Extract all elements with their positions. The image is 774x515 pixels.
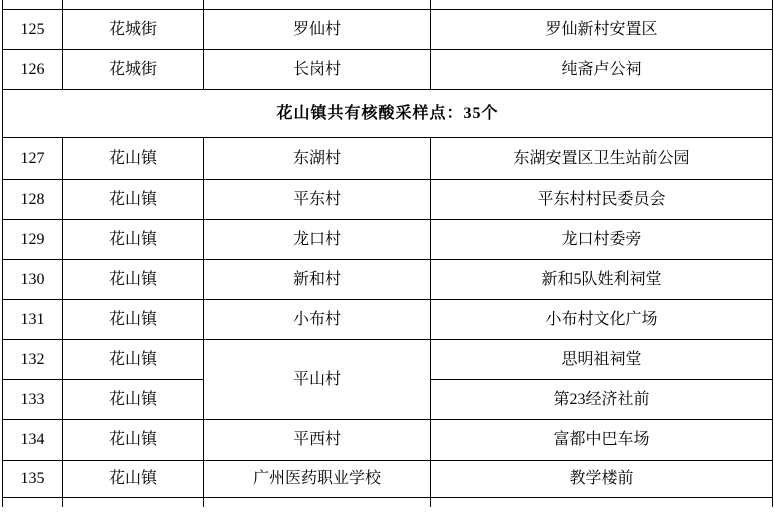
village-cell: 长岗村 xyxy=(204,50,431,90)
site-cell: 平东村村民委员会 xyxy=(431,180,773,220)
site-cell xyxy=(431,498,773,508)
village-cell xyxy=(204,0,431,10)
site-cell: 纯斋卢公祠 xyxy=(431,50,773,90)
site-cell: 富都中巴车场 xyxy=(431,420,773,461)
serial-cell: 130 xyxy=(3,260,63,300)
village-cell: 罗仙村 xyxy=(204,10,431,50)
town-cell: 花山镇 xyxy=(63,180,204,220)
site-cell: 第23经济社前 xyxy=(431,380,773,420)
site-cell: 罗仙新村安置区 xyxy=(431,10,773,50)
town-cell xyxy=(63,0,204,10)
serial-cell xyxy=(3,498,63,508)
site-cell: 龙口村委旁 xyxy=(431,220,773,260)
table-row: 135 花山镇 广州医药职业学校 教学楼前 xyxy=(3,461,773,498)
town-cell: 花山镇 xyxy=(63,138,204,180)
village-cell xyxy=(204,498,431,508)
village-cell: 东湖村 xyxy=(204,138,431,180)
serial-cell: 132 xyxy=(3,340,63,380)
village-cell-merged: 平山村 xyxy=(204,340,431,420)
table-row: 130 花山镇 新和村 新和5队姓利祠堂 xyxy=(3,260,773,300)
table-row: 126 花城街 长岗村 纯斋卢公祠 xyxy=(3,50,773,90)
serial-cell: 129 xyxy=(3,220,63,260)
table-row: 134 花山镇 平西村 富都中巴车场 xyxy=(3,420,773,461)
village-cell: 小布村 xyxy=(204,300,431,340)
town-cell: 花山镇 xyxy=(63,420,204,461)
serial-cell: 125 xyxy=(3,10,63,50)
town-cell: 花山镇 xyxy=(63,461,204,498)
site-cell: 东湖安置区卫生站前公园 xyxy=(431,138,773,180)
table-row: 129 花山镇 龙口村 龙口村委旁 xyxy=(3,220,773,260)
table-row: 127 花山镇 东湖村 东湖安置区卫生站前公园 xyxy=(3,138,773,180)
serial-cell: 127 xyxy=(3,138,63,180)
serial-cell: 126 xyxy=(3,50,63,90)
village-cell: 龙口村 xyxy=(204,220,431,260)
town-cell: 花山镇 xyxy=(63,260,204,300)
town-cell: 花山镇 xyxy=(63,300,204,340)
serial-cell: 128 xyxy=(3,180,63,220)
table-row-section: 花山镇共有核酸采样点：35个 xyxy=(3,90,773,138)
village-cell: 平西村 xyxy=(204,420,431,461)
village-cell: 广州医药职业学校 xyxy=(204,461,431,498)
village-cell: 平东村 xyxy=(204,180,431,220)
table-row: 125 花城街 罗仙村 罗仙新村安置区 xyxy=(3,10,773,50)
serial-cell: 134 xyxy=(3,420,63,461)
site-cell xyxy=(431,0,773,10)
village-cell: 新和村 xyxy=(204,260,431,300)
town-cell: 花城街 xyxy=(63,10,204,50)
table-row-partial-top xyxy=(3,0,773,10)
serial-cell xyxy=(3,0,63,10)
town-cell: 花城街 xyxy=(63,50,204,90)
sampling-points-table: 125 花城街 罗仙村 罗仙新村安置区 126 花城街 长岗村 纯斋卢公祠 花山… xyxy=(2,0,773,507)
town-cell: 花山镇 xyxy=(63,380,204,420)
site-cell: 小布村文化广场 xyxy=(431,300,773,340)
table-row-partial-bottom xyxy=(3,498,773,508)
site-cell: 新和5队姓利祠堂 xyxy=(431,260,773,300)
town-cell: 花山镇 xyxy=(63,340,204,380)
serial-cell: 133 xyxy=(3,380,63,420)
site-cell: 教学楼前 xyxy=(431,461,773,498)
serial-cell: 131 xyxy=(3,300,63,340)
table-row: 131 花山镇 小布村 小布村文化广场 xyxy=(3,300,773,340)
serial-cell: 135 xyxy=(3,461,63,498)
town-cell xyxy=(63,498,204,508)
site-cell: 思明祖祠堂 xyxy=(431,340,773,380)
table-row: 128 花山镇 平东村 平东村村民委员会 xyxy=(3,180,773,220)
town-cell: 花山镇 xyxy=(63,220,204,260)
table-row: 132 花山镇 平山村 思明祖祠堂 xyxy=(3,340,773,380)
section-note: 花山镇共有核酸采样点：35个 xyxy=(3,90,773,138)
